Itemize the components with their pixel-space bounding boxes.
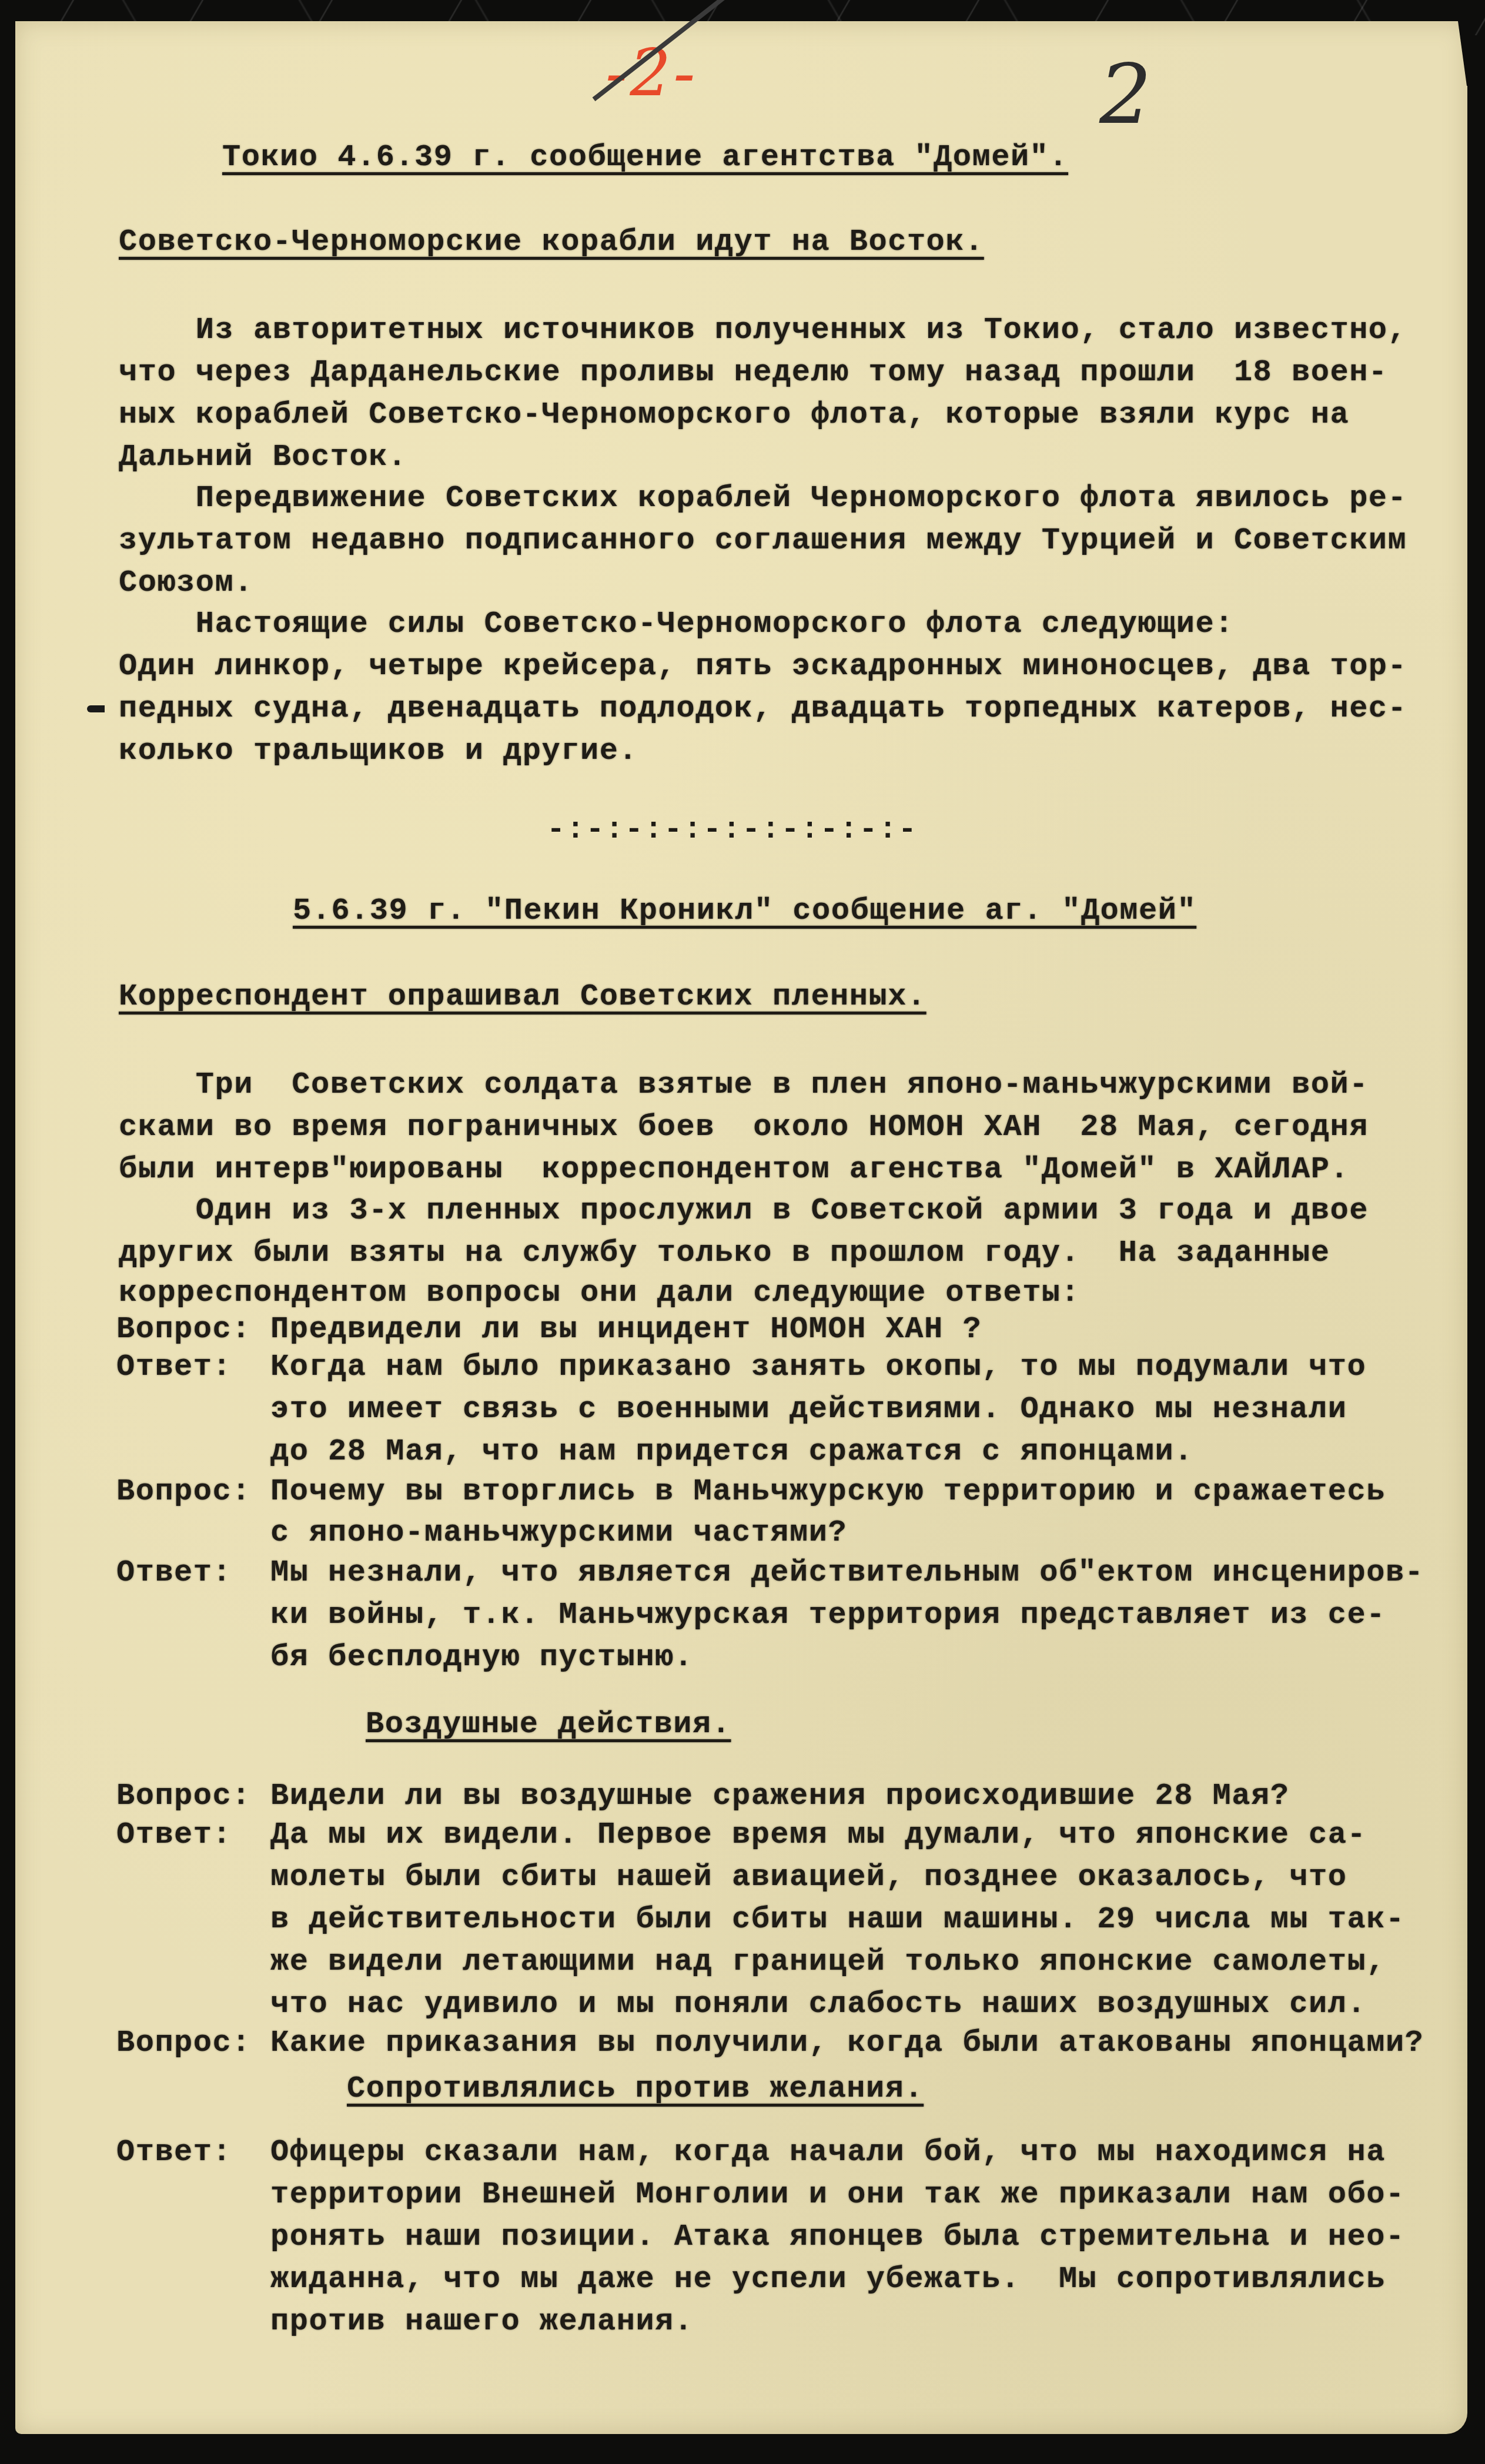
qa-label-answer: Ответ: xyxy=(116,2131,232,2174)
qa-label-answer: Ответ: xyxy=(116,1814,232,1856)
text-line: Передвижение Советских кораблей Черномор… xyxy=(119,477,1407,520)
qa-text: ки войны, т.к. Маньчжурская территория п… xyxy=(270,1594,1386,1636)
qa-text: бя бесплодную пустыню. xyxy=(270,1636,694,1679)
text-line: Союзом. xyxy=(119,562,253,604)
qa-text: Да мы их видели. Первое время мы думали,… xyxy=(270,1814,1366,1856)
text-line: Из авторитетных источников полученных из… xyxy=(119,309,1407,351)
qa-text: же видели летающими над границей только … xyxy=(270,1941,1386,1983)
qa-text: с японо-маньчжурскими частями? xyxy=(270,1512,847,1554)
subheading-resisted: Сопротивлялись против желания. xyxy=(347,2068,924,2110)
section1-heading: Токио 4.6.39 г. сообщение агентства "Дом… xyxy=(222,136,1068,179)
text-line: зультатом недавно подписанного соглашени… xyxy=(119,520,1407,562)
qa-label-question: Вопрос: xyxy=(116,1775,251,1817)
page-number-red: -2- xyxy=(606,35,697,111)
qa-text: Видели ли вы воздушные сражения происход… xyxy=(270,1775,1289,1817)
qa-text: территории Внешней Монголии и они так же… xyxy=(270,2174,1405,2216)
page-number-pencil: 2 xyxy=(1099,47,1152,143)
subheading-air-actions: Воздушные действия. xyxy=(366,1703,731,1746)
qa-text: ронять наши позиции. Атака японцев была … xyxy=(270,2216,1405,2258)
text-line: что через Дарданельские проливы неделю т… xyxy=(119,351,1388,394)
qa-text: против нашего желания. xyxy=(270,2301,694,2343)
text-line: ных кораблей Советско-Черноморского флот… xyxy=(119,394,1349,436)
qa-text: Когда нам было приказано занять окопы, т… xyxy=(270,1346,1366,1388)
qa-text: Какие приказания вы получили, когда были… xyxy=(270,2022,1424,2064)
qa-text: это имеет связь с военными действиями. О… xyxy=(270,1388,1347,1431)
qa-text: Почему вы вторглись в Маньчжурскую терри… xyxy=(270,1471,1386,1513)
text-line: сками во время пограничных боев около НО… xyxy=(119,1106,1369,1149)
section1-subheading: Советско-Черноморские корабли идут на Во… xyxy=(119,221,984,263)
text-line: Один из 3-х пленных прослужил в Советско… xyxy=(119,1190,1369,1232)
qa-text: Предвидели ли вы инцидент НОМОН ХАН ? xyxy=(270,1308,982,1351)
qa-label-answer: Ответ: xyxy=(116,1552,232,1594)
qa-text: в действительности были сбиты наши машин… xyxy=(270,1899,1405,1941)
margin-arrow-mark xyxy=(87,705,105,712)
qa-text: Мы незнали, что является действительным … xyxy=(270,1552,1424,1594)
qa-text: молеты были сбиты нашей авиацией, поздне… xyxy=(270,1856,1347,1899)
qa-text: Офицеры сказали нам, когда начали бой, ч… xyxy=(270,2131,1386,2174)
text-line: колько тральщиков и другие. xyxy=(119,730,638,772)
section2-heading: 5.6.39 г. "Пекин Кроникл" сообщение аг. … xyxy=(293,890,1196,932)
qa-text: жиданна, что мы даже не успели убежать. … xyxy=(270,2258,1386,2301)
qa-text: до 28 Мая, что нам придется сражатся с я… xyxy=(270,1431,1193,1473)
text-line: педных судна, двенадцать подлодок, двадц… xyxy=(119,688,1407,730)
section-divider: -:-:-:-:-:-:-:-:-:- xyxy=(547,812,918,847)
qa-text: что нас удивило и мы поняли слабость наш… xyxy=(270,1983,1366,2026)
text-line: других были взяты на службу только в про… xyxy=(119,1232,1330,1274)
section2-subheading: Корреспондент опрашивал Советских пленны… xyxy=(119,976,927,1018)
qa-label-question: Вопрос: xyxy=(116,1471,251,1513)
text-line: Один линкор, четыре крейсера, пять эскад… xyxy=(119,645,1407,688)
qa-label-question: Вопрос: xyxy=(116,1308,251,1351)
text-line: Три Советских солдата взятые в плен япон… xyxy=(119,1064,1369,1106)
text-line: Настоящие силы Советско-Черноморского фл… xyxy=(119,603,1234,645)
text-line: Дальний Восток. xyxy=(119,436,407,478)
qa-label-answer: Ответ: xyxy=(116,1346,232,1388)
text-line: были интерв"юированы корреспондентом аге… xyxy=(119,1149,1349,1191)
qa-label-question: Вопрос: xyxy=(116,2022,251,2064)
